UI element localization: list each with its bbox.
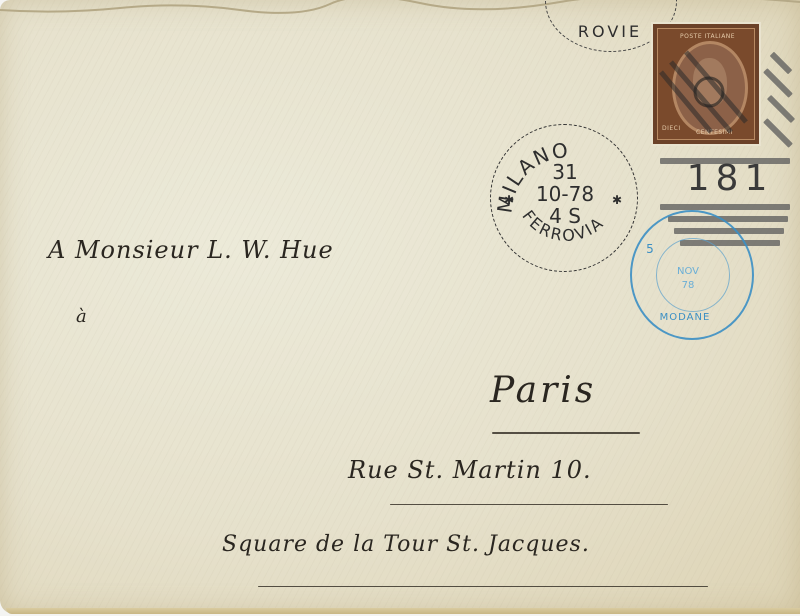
blue-postmark-year: 78	[668, 280, 708, 291]
address-city: Paris	[490, 370, 596, 411]
blue-postmark-top: 5	[640, 242, 660, 256]
street-underline	[390, 504, 668, 505]
address-street: Rue St. Martin 10.	[348, 456, 592, 484]
milano-postmark-date: 10-78	[525, 182, 605, 206]
svg-text:✱: ✱	[504, 193, 514, 207]
partial-postmark-text: ROVIE	[570, 22, 650, 41]
milano-postmark-time: 4 S	[540, 204, 590, 228]
blue-postmark-bottom: MODANE	[650, 312, 720, 323]
blue-postmark-month: NOV	[668, 266, 708, 277]
envelope-bottom-edge	[6, 608, 800, 614]
city-underline	[492, 432, 640, 434]
cancel-number: 181	[680, 158, 780, 199]
torn-top-edge	[0, 0, 800, 20]
square-underline	[258, 586, 708, 587]
address-square: Square de la Tour St. Jacques.	[222, 532, 590, 557]
svg-text:✱: ✱	[612, 193, 622, 207]
milano-postmark-day: 31	[540, 160, 590, 184]
envelope: ROVIE POSTE ITALIANE DIECI CENTESIMI 181	[0, 0, 800, 614]
address-line-a: à	[76, 306, 88, 327]
address-line-recipient: A Monsieur L. W. Hue	[48, 236, 334, 264]
